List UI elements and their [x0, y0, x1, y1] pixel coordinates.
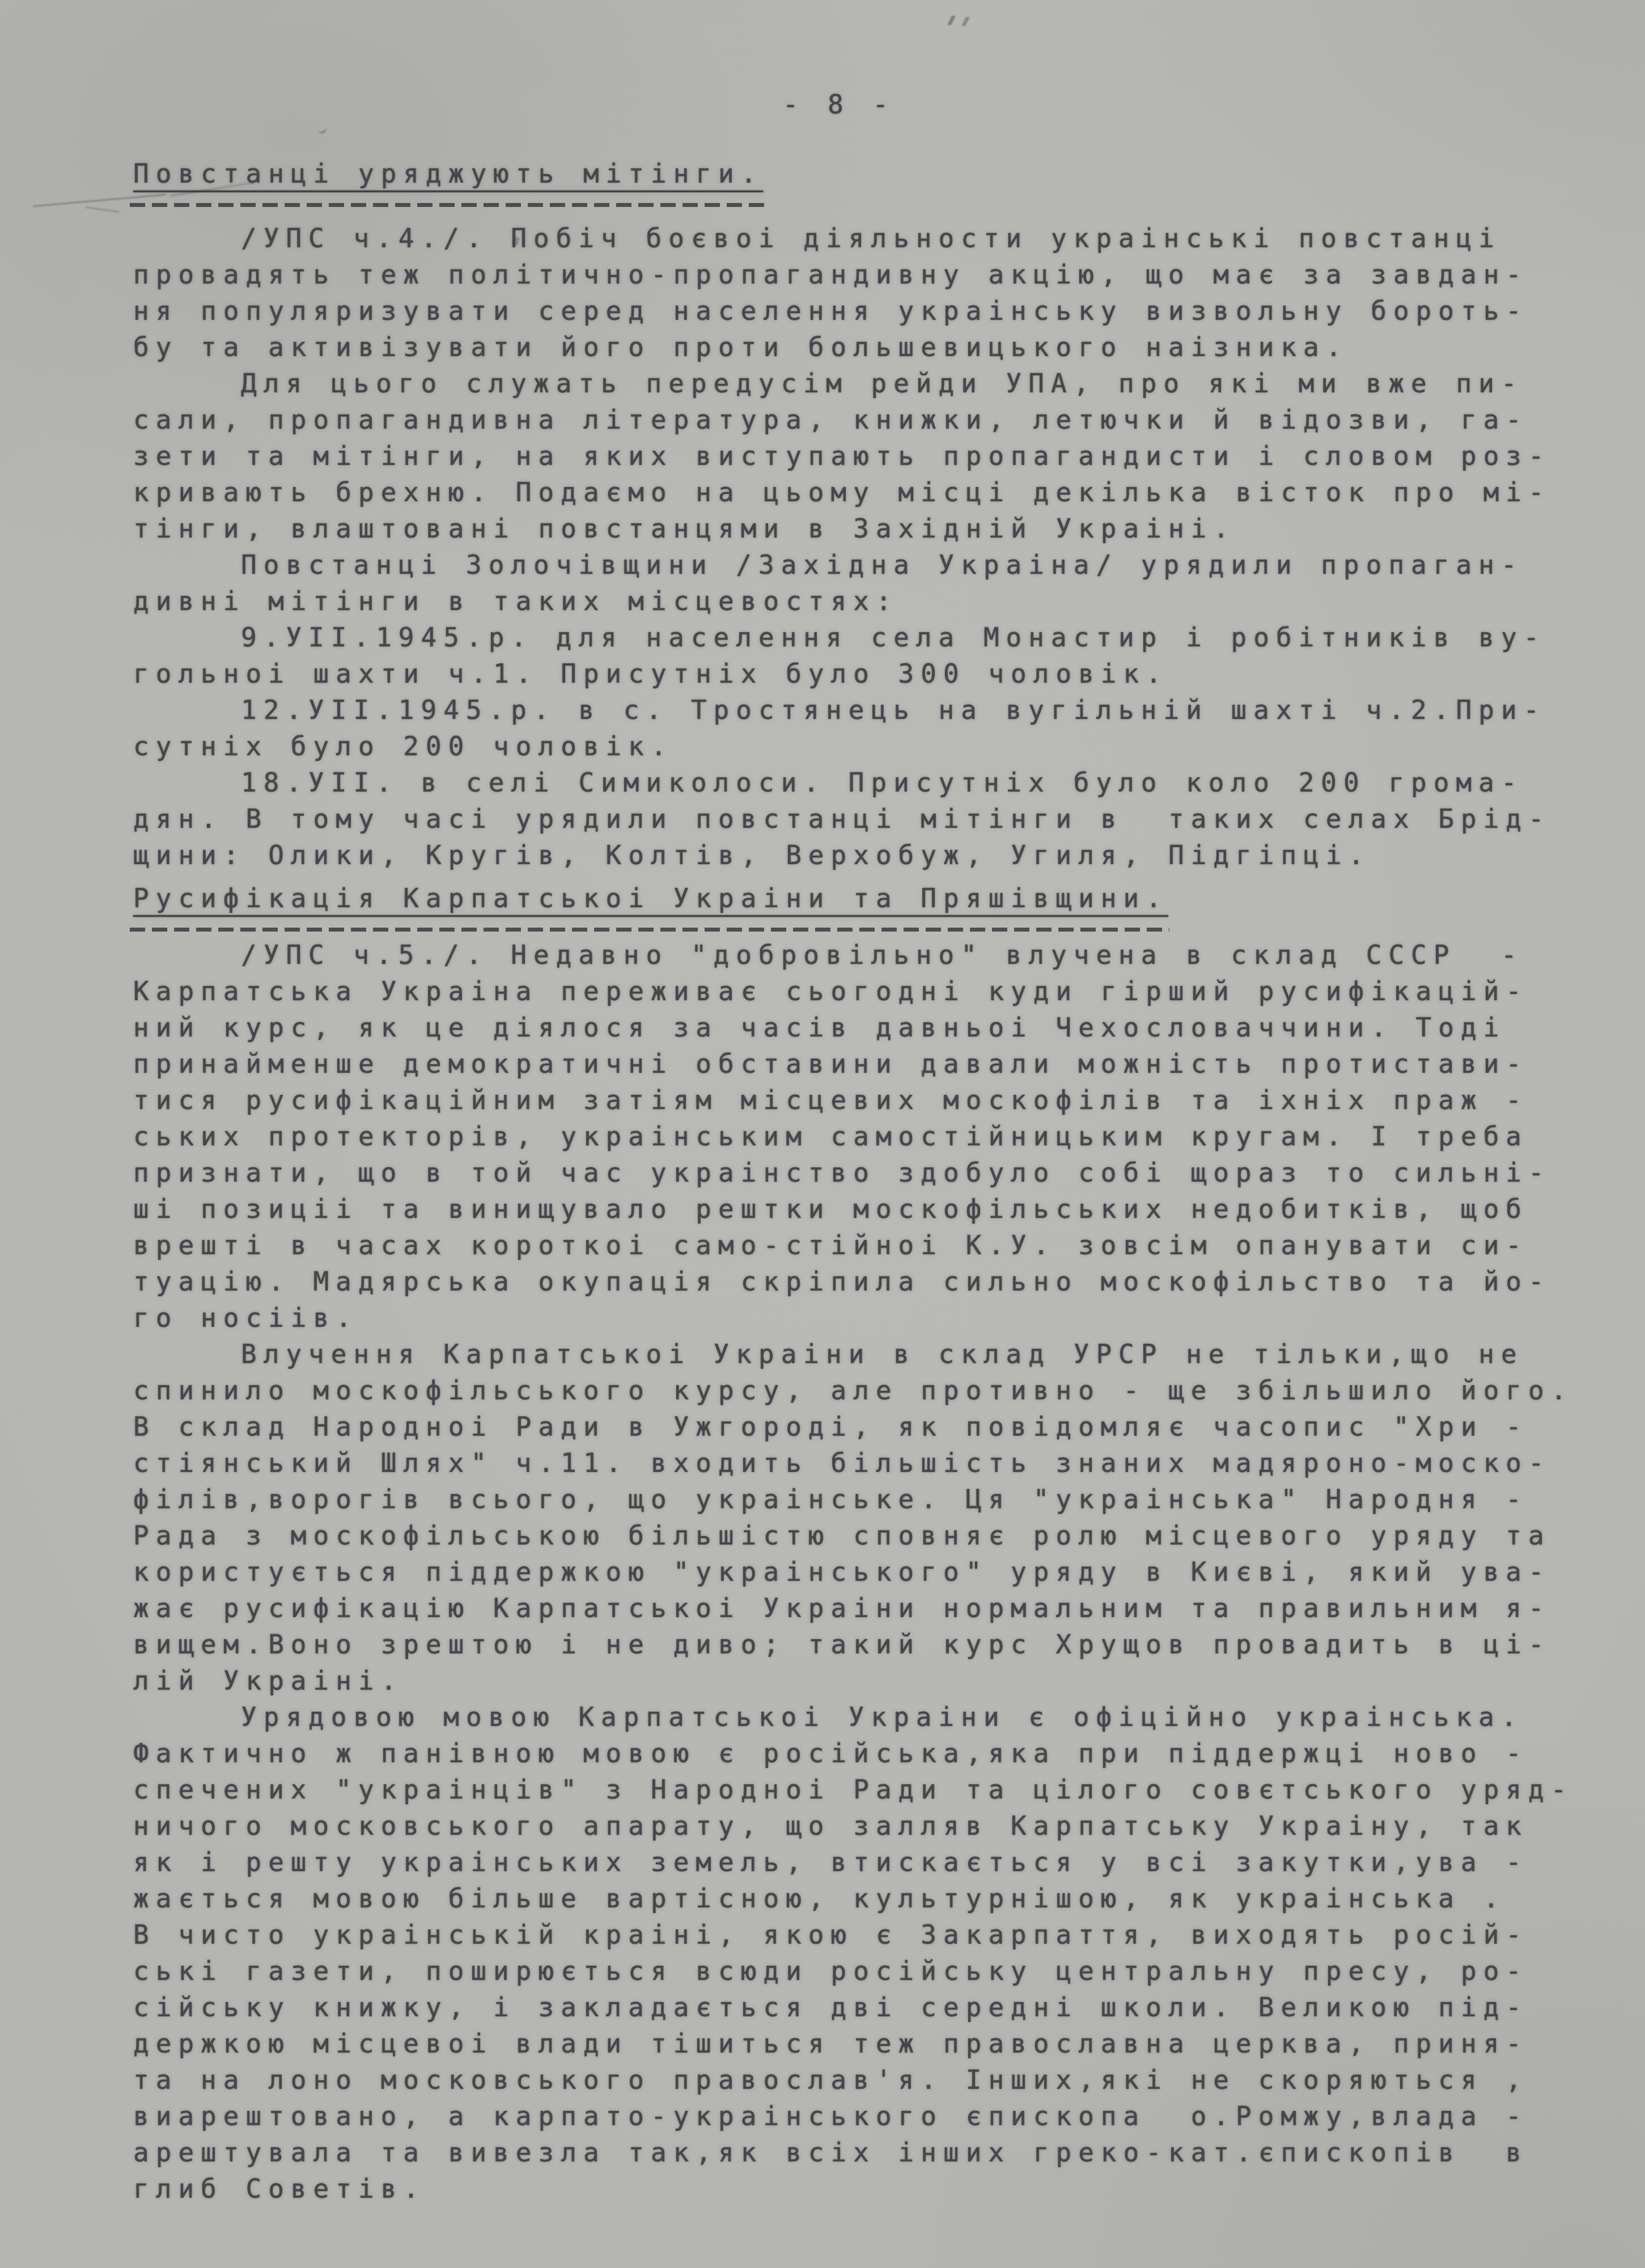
- paragraph: /УПС ч.4./. Побіч боєвоі діяльности укра…: [133, 220, 1607, 365]
- paragraph: Повстанці Золочівщини /Західна Украіна/ …: [133, 547, 1607, 619]
- section-heading-text: Повстанці уряджують мітінги.: [133, 155, 763, 192]
- stray-quote-mark: [947, 16, 955, 25]
- section-heading-text: Русифікація Карпатськоі Украіни та Пряші…: [133, 880, 1168, 916]
- paragraph: Урядовою мовою Карпатськоі Украіни є офі…: [133, 1699, 1607, 2207]
- paragraph: Для цього служать передусім рейди УПА, п…: [133, 365, 1607, 547]
- pencil-smudge: [85, 206, 119, 213]
- stray-quote-mark: [961, 17, 969, 26]
- paragraph: 12.УІІ.1945.р. в с. Тростянець на вугіль…: [133, 692, 1607, 764]
- typed-text-block: - 8 - Повстанці уряджують мітінги. /УПС …: [133, 86, 1607, 2207]
- section-insurgent-meetings: Повстанці уряджують мітінги. /УПС ч.4./.…: [133, 155, 1607, 873]
- paragraph: Влучення Карпатськоі Украіни в склад УРС…: [133, 1336, 1607, 1699]
- document-page: - 8 - Повстанці уряджують мітінги. /УПС …: [0, 0, 1645, 2268]
- paragraph: 18.УІІ. в селі Симиколоси. Присутніх бул…: [133, 764, 1607, 873]
- section-russification: Русифікація Карпатськоі Украіни та Пряші…: [133, 880, 1607, 2207]
- paragraph: 9.УІІ.1945.р. для населення села Монасти…: [133, 619, 1607, 692]
- section-heading: Повстанці уряджують мітінги.: [133, 155, 1607, 192]
- paragraph: /УПС ч.5./. Недавно "добровільно" влучен…: [133, 937, 1607, 1336]
- section-heading: Русифікація Карпатськоі Украіни та Пряші…: [133, 880, 1607, 916]
- page-number: - 8 -: [102, 86, 1576, 122]
